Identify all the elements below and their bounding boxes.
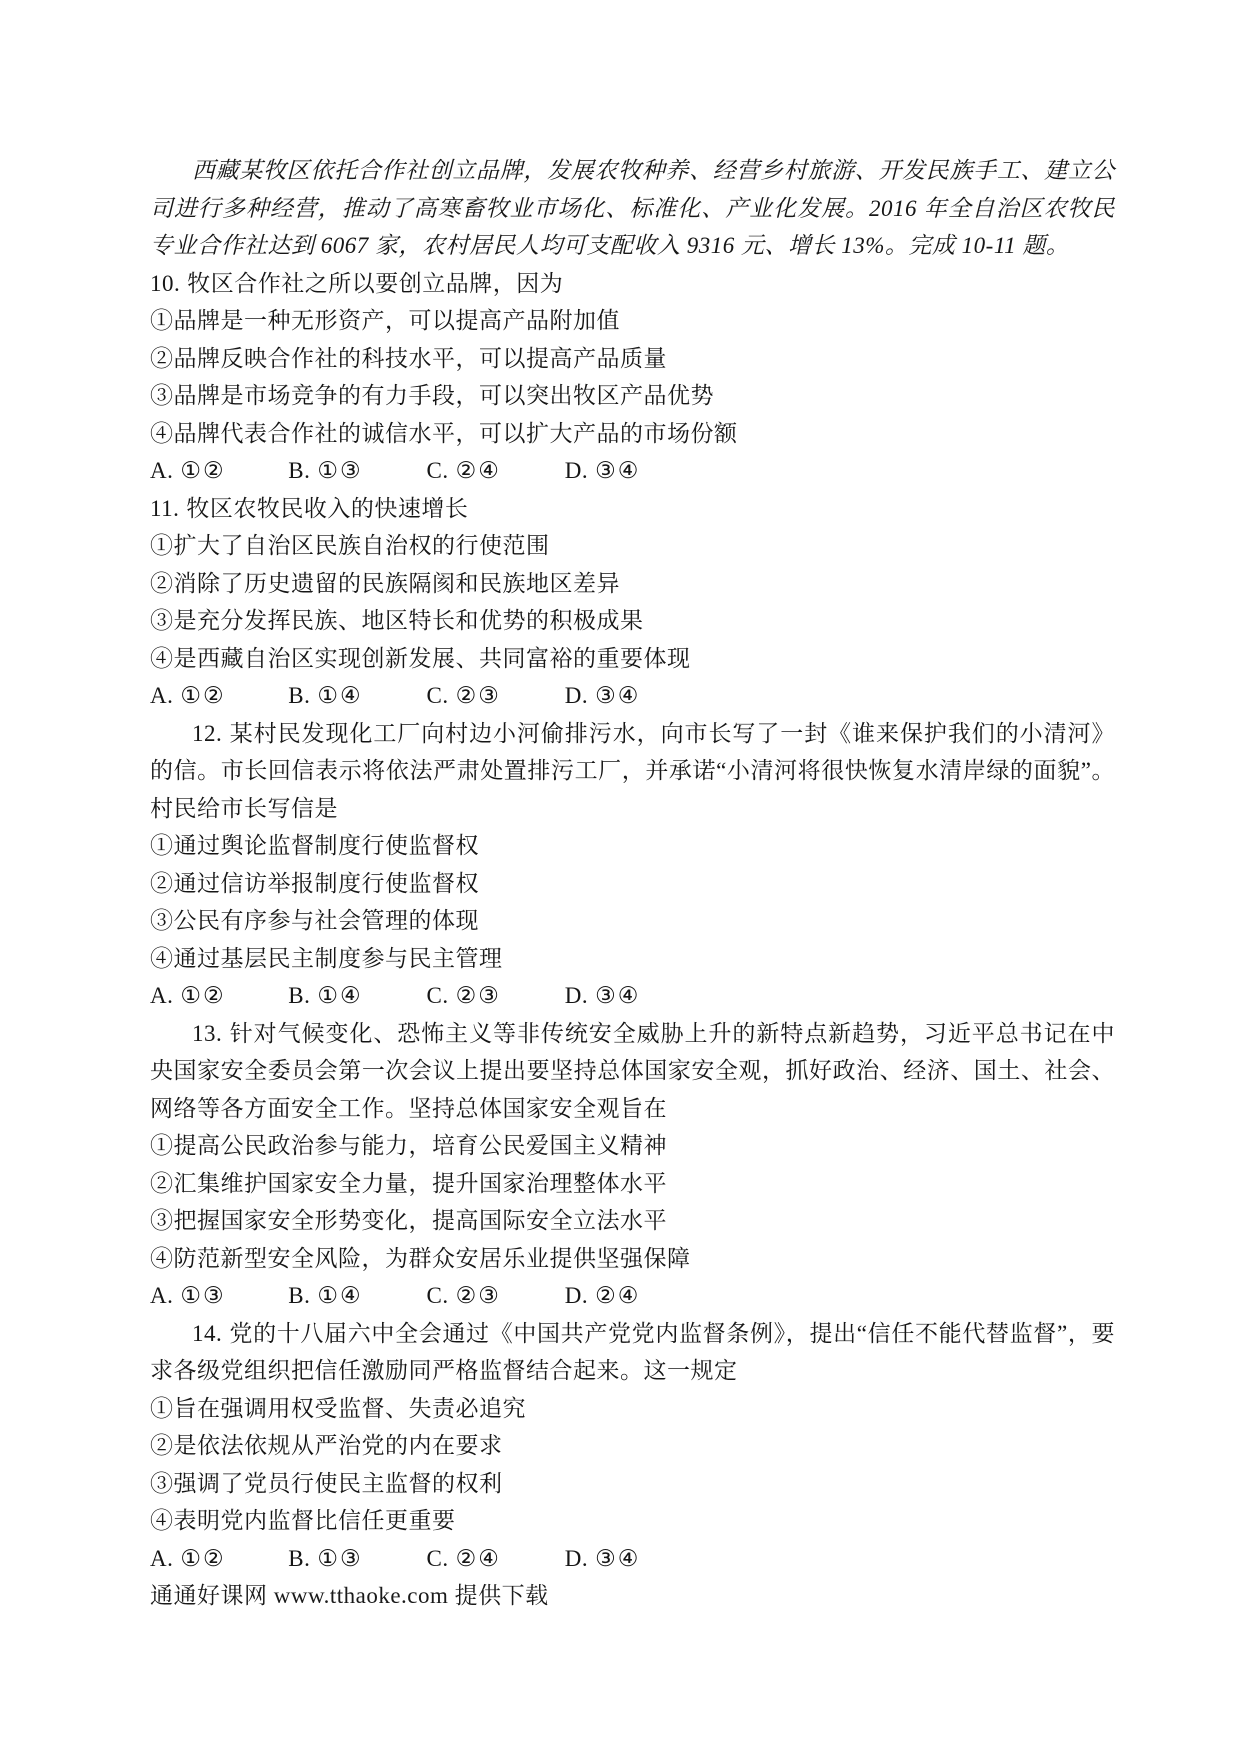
option-2: ②消除了历史遗留的民族隔阂和民族地区差异 bbox=[150, 565, 1115, 603]
option-2: ②品牌反映合作社的科技水平，可以提高产品质量 bbox=[150, 340, 1115, 378]
answer-option-d: D.③④ bbox=[565, 977, 641, 1015]
question-stem: 14.党的十八届六中全会通过《中国共产党党内监督条例》，提出“信任不能代替监督”… bbox=[150, 1315, 1115, 1390]
option-3: ③品牌是市场竞争的有力手段，可以突出牧区产品优势 bbox=[150, 377, 1115, 415]
download-footer: 通通好课网 www.tthaoke.com 提供下载 bbox=[150, 1577, 1115, 1615]
option-1: ①提高公民政治参与能力，培育公民爱国主义精神 bbox=[150, 1127, 1115, 1165]
question-14: 14.党的十八届六中全会通过《中国共产党党内监督条例》，提出“信任不能代替监督”… bbox=[150, 1315, 1115, 1578]
question-11: 11.牧区农牧民收入的快速增长 ①扩大了自治区民族自治权的行使范围 ②消除了历史… bbox=[150, 490, 1115, 715]
answer-option-c: C.②③ bbox=[427, 1277, 559, 1315]
option-4: ④防范新型安全风险，为群众安居乐业提供坚强保障 bbox=[150, 1240, 1115, 1278]
exam-page: 西藏某牧区依托合作社创立品牌，发展农牧种养、经营乡村旅游、开发民族手工、建立公司… bbox=[0, 0, 1240, 1615]
option-3: ③公民有序参与社会管理的体现 bbox=[150, 902, 1115, 940]
question-number: 11. bbox=[150, 496, 179, 521]
answer-option-a: A.①② bbox=[150, 977, 282, 1015]
question-12: 12.某村民发现化工厂向村边小河偷排污水，向市长写了一封《谁来保护我们的小清河》… bbox=[150, 715, 1115, 1015]
question-number: 13. bbox=[192, 1021, 222, 1046]
option-4: ④通过基层民主制度参与民主管理 bbox=[150, 940, 1115, 978]
answer-option-d: D.③④ bbox=[565, 452, 641, 490]
option-3: ③强调了党员行使民主监督的权利 bbox=[150, 1465, 1115, 1503]
answer-option-a: A.①② bbox=[150, 452, 282, 490]
option-3: ③是充分发挥民族、地区特长和优势的积极成果 bbox=[150, 602, 1115, 640]
answer-row: A.①③ B.①④ C.②③ D.②④ bbox=[150, 1277, 1115, 1315]
intro-paragraph: 西藏某牧区依托合作社创立品牌，发展农牧种养、经营乡村旅游、开发民族手工、建立公司… bbox=[150, 152, 1115, 265]
answer-option-d: D.③④ bbox=[565, 677, 641, 715]
answer-option-b: B.①④ bbox=[288, 977, 420, 1015]
question-10: 10.牧区合作社之所以要创立品牌，因为 ①品牌是一种无形资产，可以提高产品附加值… bbox=[150, 265, 1115, 490]
question-stem-text: 牧区合作社之所以要创立品牌，因为 bbox=[187, 271, 563, 296]
option-2: ②通过信访举报制度行使监督权 bbox=[150, 865, 1115, 903]
option-2: ②汇集维护国家安全力量，提升国家治理整体水平 bbox=[150, 1165, 1115, 1203]
question-stem-text: 牧区农牧民收入的快速增长 bbox=[186, 496, 468, 521]
answer-option-c: C.②④ bbox=[427, 1540, 559, 1578]
question-stem-text: 针对气候变化、恐怖主义等非传统安全威胁上升的新特点新趋势，习近平总书记在中央国家… bbox=[150, 1021, 1115, 1121]
question-stem-text: 某村民发现化工厂向村边小河偷排污水，向市长写了一封《谁来保护我们的小清河》的信。… bbox=[150, 721, 1115, 821]
question-number: 12. bbox=[192, 721, 222, 746]
answer-option-c: C.②③ bbox=[427, 677, 559, 715]
answer-option-a: A.①② bbox=[150, 1540, 282, 1578]
answer-option-d: D.③④ bbox=[565, 1540, 641, 1578]
answer-row: A.①② B.①③ C.②④ D.③④ bbox=[150, 452, 1115, 490]
question-stem-text: 党的十八届六中全会通过《中国共产党党内监督条例》，提出“信任不能代替监督”，要求… bbox=[150, 1321, 1115, 1384]
question-stem: 12.某村民发现化工厂向村边小河偷排污水，向市长写了一封《谁来保护我们的小清河》… bbox=[150, 715, 1115, 828]
answer-option-b: B.①④ bbox=[288, 1277, 420, 1315]
answer-row: A.①② B.①④ C.②③ D.③④ bbox=[150, 977, 1115, 1015]
option-1: ①旨在强调用权受监督、失责必追究 bbox=[150, 1390, 1115, 1428]
answer-option-c: C.②③ bbox=[427, 977, 559, 1015]
answer-option-a: A.①② bbox=[150, 677, 282, 715]
answer-option-a: A.①③ bbox=[150, 1277, 282, 1315]
question-number: 10. bbox=[150, 271, 180, 296]
option-4: ④品牌代表合作社的诚信水平，可以扩大产品的市场份额 bbox=[150, 415, 1115, 453]
question-stem: 10.牧区合作社之所以要创立品牌，因为 bbox=[150, 265, 1115, 303]
option-4: ④是西藏自治区实现创新发展、共同富裕的重要体现 bbox=[150, 640, 1115, 678]
question-13: 13.针对气候变化、恐怖主义等非传统安全威胁上升的新特点新趋势，习近平总书记在中… bbox=[150, 1015, 1115, 1315]
answer-option-b: B.①③ bbox=[288, 452, 420, 490]
option-3: ③把握国家安全形势变化，提高国际安全立法水平 bbox=[150, 1202, 1115, 1240]
question-number: 14. bbox=[192, 1321, 222, 1346]
option-1: ①通过舆论监督制度行使监督权 bbox=[150, 827, 1115, 865]
answer-option-b: B.①④ bbox=[288, 677, 420, 715]
answer-row: A.①② B.①③ C.②④ D.③④ bbox=[150, 1540, 1115, 1578]
option-1: ①品牌是一种无形资产，可以提高产品附加值 bbox=[150, 302, 1115, 340]
option-1: ①扩大了自治区民族自治权的行使范围 bbox=[150, 527, 1115, 565]
answer-option-b: B.①③ bbox=[288, 1540, 420, 1578]
question-stem: 11.牧区农牧民收入的快速增长 bbox=[150, 490, 1115, 528]
answer-option-c: C.②④ bbox=[427, 452, 559, 490]
option-4: ④表明党内监督比信任更重要 bbox=[150, 1502, 1115, 1540]
answer-option-d: D.②④ bbox=[565, 1277, 641, 1315]
question-stem: 13.针对气候变化、恐怖主义等非传统安全威胁上升的新特点新趋势，习近平总书记在中… bbox=[150, 1015, 1115, 1128]
answer-row: A.①② B.①④ C.②③ D.③④ bbox=[150, 677, 1115, 715]
option-2: ②是依法依规从严治党的内在要求 bbox=[150, 1427, 1115, 1465]
